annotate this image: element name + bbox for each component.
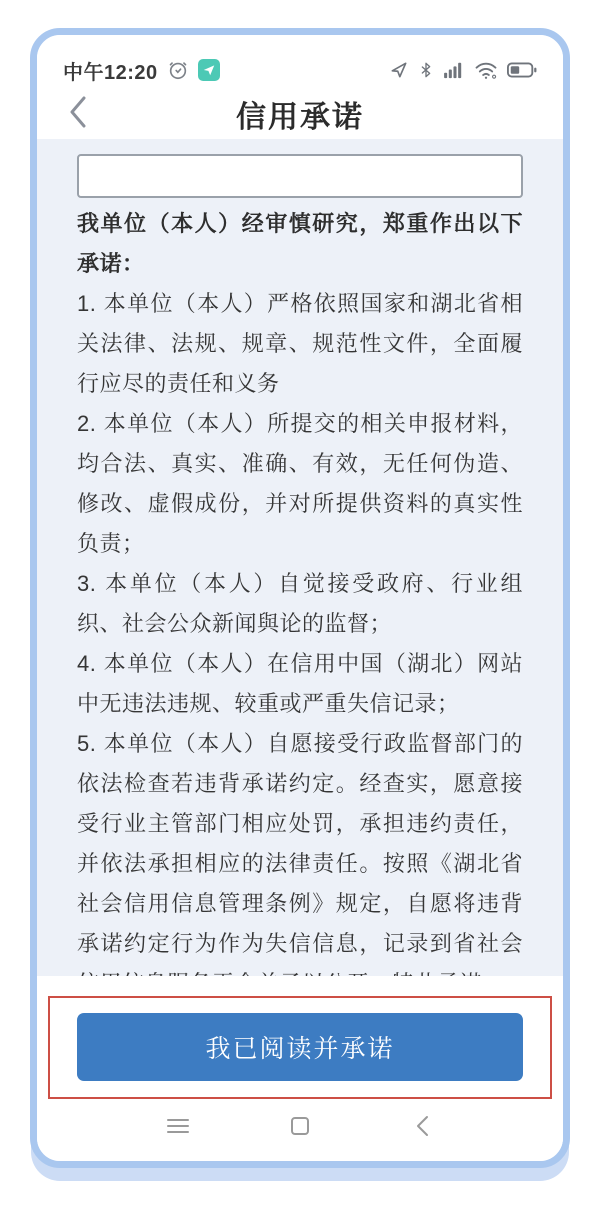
highlight-annotation-box: 我已阅读并承诺 (48, 996, 552, 1099)
promise-input[interactable] (77, 154, 523, 198)
status-bar-right (389, 60, 537, 80)
home-square-icon[interactable] (280, 1109, 320, 1143)
promise-text: 我单位（本人）经审慎研究，郑重作出以下承诺： 1. 本单位（本人）严格依照国家和… (77, 204, 523, 976)
clock-time: 中午12:20 (63, 56, 158, 85)
header: 信用承诺 (37, 89, 563, 139)
promise-item-3: 3. 本单位（本人）自觉接受政府、行业组织、社会公众新闻與论的监督； (77, 564, 523, 644)
promise-item-5: 5. 本单位（本人）自愿接受行政监督部门的依法检查若违背承诺约定。经查实，愿意接… (77, 724, 523, 976)
alarm-icon (167, 59, 189, 81)
promise-content-panel: 我单位（本人）经审慎研究，郑重作出以下承诺： 1. 本单位（本人）严格依照国家和… (37, 139, 563, 976)
promise-item-1: 1. 本单位（本人）严格依照国家和湖北省相关法律、法规、规章、规范性文件，全面履… (77, 284, 523, 404)
app-badge-send-icon (198, 59, 220, 81)
menu-icon[interactable] (158, 1109, 198, 1143)
wifi-icon (474, 61, 498, 80)
status-bar: 中午12:20 (37, 35, 563, 89)
promise-item-2: 2. 本单位（本人）所提交的相关申报材料，均合法、真实、准确、有效，无任何伪造、… (77, 404, 523, 564)
location-arrow-icon (389, 60, 409, 80)
phone-frame: 中午12:20 (30, 28, 570, 1168)
promise-item-4: 4. 本单位（本人）在信用中国（湖北）网站中无违法违规、较重或严重失信记录； (77, 644, 523, 724)
confirm-read-button[interactable]: 我已阅读并承诺 (77, 1013, 523, 1081)
page-title: 信用承诺 (63, 92, 537, 136)
back-button[interactable] (61, 93, 95, 131)
back-chevron-icon[interactable] (402, 1109, 442, 1143)
battery-icon (507, 61, 537, 79)
android-nav-bar (37, 1099, 563, 1161)
bluetooth-icon (418, 60, 434, 80)
promise-intro: 我单位（本人）经审慎研究，郑重作出以下承诺： (77, 204, 523, 284)
status-bar-left: 中午12:20 (63, 56, 220, 85)
signal-icon (443, 61, 465, 79)
